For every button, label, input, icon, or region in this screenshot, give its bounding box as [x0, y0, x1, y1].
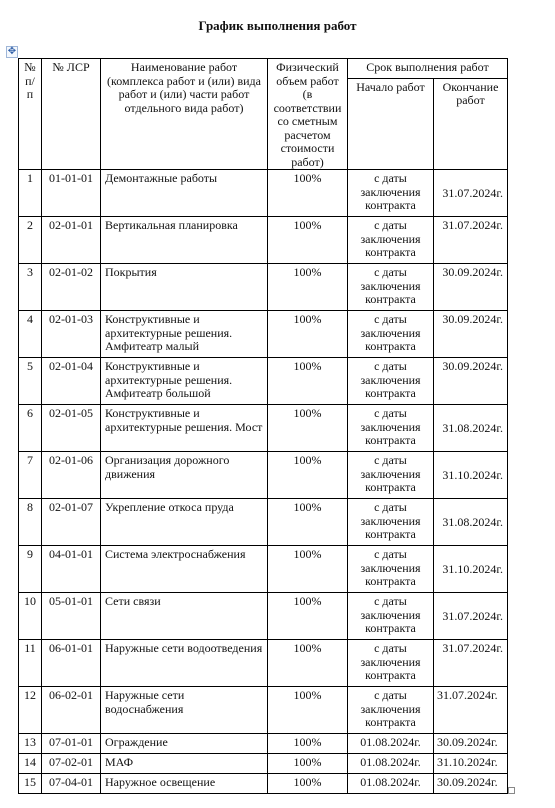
table-row: 1507-04-01Наружное освещение100%01.08.20…: [19, 774, 508, 794]
start-date: 01.08.2024г.: [348, 754, 434, 774]
table-row: 202-01-01Вертикальная планировка100%с да…: [19, 217, 508, 264]
end-date: 31.08.2024г.: [434, 405, 508, 452]
header-end: Окончание работ: [434, 78, 508, 169]
start-date: с даты заключения контракта: [348, 311, 434, 358]
work-schedule-table: № п/п № ЛСР Наименование работ (комплекс…: [18, 58, 508, 794]
physical-volume: 100%: [268, 754, 348, 774]
physical-volume: 100%: [268, 774, 348, 794]
header-num: № п/п: [19, 59, 42, 170]
lsr-code: 04-01-01: [42, 546, 101, 593]
lsr-code: 07-04-01: [42, 774, 101, 794]
row-number: 15: [19, 774, 42, 794]
row-number: 8: [19, 499, 42, 546]
row-number: 14: [19, 754, 42, 774]
lsr-code: 05-01-01: [42, 593, 101, 640]
lsr-code: 01-01-01: [42, 170, 101, 217]
table-resize-handle[interactable]: [508, 787, 515, 794]
work-name: Ограждение: [101, 734, 268, 754]
end-date: 31.10.2024г.: [434, 546, 508, 593]
table-row: 1206-02-01Наружные сети водоснабжения100…: [19, 687, 508, 734]
header-name: Наименование работ (комплекса работ и (и…: [101, 59, 268, 170]
row-number: 9: [19, 546, 42, 593]
end-date: 30.09.2024г.: [434, 358, 508, 405]
header-volume: Физический объем работ (в соответствии с…: [268, 59, 348, 170]
row-number: 12: [19, 687, 42, 734]
lsr-code: 02-01-05: [42, 405, 101, 452]
end-date: 31.07.2024г.: [434, 217, 508, 264]
table-row: 904-01-01Система электроснабжения100%с д…: [19, 546, 508, 593]
physical-volume: 100%: [268, 311, 348, 358]
table-row: 101-01-01Демонтажные работы100%с даты за…: [19, 170, 508, 217]
physical-volume: 100%: [268, 499, 348, 546]
physical-volume: 100%: [268, 452, 348, 499]
lsr-code: 02-01-07: [42, 499, 101, 546]
row-number: 1: [19, 170, 42, 217]
end-date: 31.08.2024г.: [434, 499, 508, 546]
start-date: с даты заключения контракта: [348, 640, 434, 687]
document-title: График выполнения работ: [0, 18, 555, 34]
row-number: 2: [19, 217, 42, 264]
work-name: Конструктивные и архитектурные решения. …: [101, 358, 268, 405]
table-row: 402-01-03Конструктивные и архитектурные …: [19, 311, 508, 358]
table-row: 602-01-05Конструктивные и архитектурные …: [19, 405, 508, 452]
start-date: с даты заключения контракта: [348, 687, 434, 734]
physical-volume: 100%: [268, 687, 348, 734]
row-number: 13: [19, 734, 42, 754]
lsr-code: 07-02-01: [42, 754, 101, 774]
lsr-code: 07-01-01: [42, 734, 101, 754]
start-date: 01.08.2024г.: [348, 774, 434, 794]
work-name: Наружные сети водоснабжения: [101, 687, 268, 734]
end-date: 31.07.2024г.: [434, 170, 508, 217]
work-name: Демонтажные работы: [101, 170, 268, 217]
end-date: 31.07.2024г.: [434, 593, 508, 640]
lsr-code: 02-01-01: [42, 217, 101, 264]
end-date: 30.09.2024г.: [434, 774, 508, 794]
start-date: с даты заключения контракта: [348, 452, 434, 499]
table-row: 1005-01-01Сети связи100%с даты заключени…: [19, 593, 508, 640]
table-row: 1106-01-01Наружные сети водоотведения100…: [19, 640, 508, 687]
lsr-code: 02-01-04: [42, 358, 101, 405]
row-number: 4: [19, 311, 42, 358]
start-date: с даты заключения контракта: [348, 170, 434, 217]
start-date: с даты заключения контракта: [348, 264, 434, 311]
row-number: 7: [19, 452, 42, 499]
header-period: Срок выполнения работ: [348, 59, 508, 79]
work-name: Наружное освещение: [101, 774, 268, 794]
table-row: 302-01-02Покрытия100%с даты заключения к…: [19, 264, 508, 311]
physical-volume: 100%: [268, 217, 348, 264]
table-row: 502-01-04Конструктивные и архитектурные …: [19, 358, 508, 405]
physical-volume: 100%: [268, 170, 348, 217]
lsr-code: 06-01-01: [42, 640, 101, 687]
start-date: 01.08.2024г.: [348, 734, 434, 754]
table-row: 802-01-07Укрепление откоса пруда100%с да…: [19, 499, 508, 546]
move-arrows-icon[interactable]: ✥: [6, 46, 18, 58]
work-name: Конструктивные и архитектурные решения. …: [101, 405, 268, 452]
header-lsr: № ЛСР: [42, 59, 101, 170]
header-start: Начало работ: [348, 78, 434, 169]
physical-volume: 100%: [268, 405, 348, 452]
row-number: 3: [19, 264, 42, 311]
end-date: 31.10.2024г.: [434, 452, 508, 499]
physical-volume: 100%: [268, 358, 348, 405]
start-date: с даты заключения контракта: [348, 358, 434, 405]
start-date: с даты заключения контракта: [348, 499, 434, 546]
physical-volume: 100%: [268, 264, 348, 311]
work-name: МАФ: [101, 754, 268, 774]
end-date: 30.09.2024г.: [434, 311, 508, 358]
work-name: Система электроснабжения: [101, 546, 268, 593]
table-row: 702-01-06Организация дорожного движения1…: [19, 452, 508, 499]
work-name: Покрытия: [101, 264, 268, 311]
physical-volume: 100%: [268, 640, 348, 687]
start-date: с даты заключения контракта: [348, 593, 434, 640]
lsr-code: 02-01-06: [42, 452, 101, 499]
lsr-code: 06-02-01: [42, 687, 101, 734]
end-date: 31.07.2024г.: [434, 640, 508, 687]
work-name: Наружные сети водоотведения: [101, 640, 268, 687]
work-name: Сети связи: [101, 593, 268, 640]
physical-volume: 100%: [268, 593, 348, 640]
lsr-code: 02-01-02: [42, 264, 101, 311]
table-row: 1407-02-01МАФ100%01.08.2024г.31.10.2024г…: [19, 754, 508, 774]
physical-volume: 100%: [268, 734, 348, 754]
end-date: 31.10.2024г.: [434, 754, 508, 774]
work-name: Организация дорожного движения: [101, 452, 268, 499]
row-number: 5: [19, 358, 42, 405]
lsr-code: 02-01-03: [42, 311, 101, 358]
row-number: 11: [19, 640, 42, 687]
end-date: 31.07.2024г.: [434, 687, 508, 734]
table-row: 1307-01-01Ограждение100%01.08.2024г.30.0…: [19, 734, 508, 754]
row-number: 6: [19, 405, 42, 452]
physical-volume: 100%: [268, 546, 348, 593]
row-number: 10: [19, 593, 42, 640]
start-date: с даты заключения контракта: [348, 405, 434, 452]
start-date: с даты заключения контракта: [348, 546, 434, 593]
start-date: с даты заключения контракта: [348, 217, 434, 264]
work-name: Конструктивные и архитектурные решения. …: [101, 311, 268, 358]
work-name: Вертикальная планировка: [101, 217, 268, 264]
work-name: Укрепление откоса пруда: [101, 499, 268, 546]
end-date: 30.09.2024г.: [434, 734, 508, 754]
end-date: 30.09.2024г.: [434, 264, 508, 311]
